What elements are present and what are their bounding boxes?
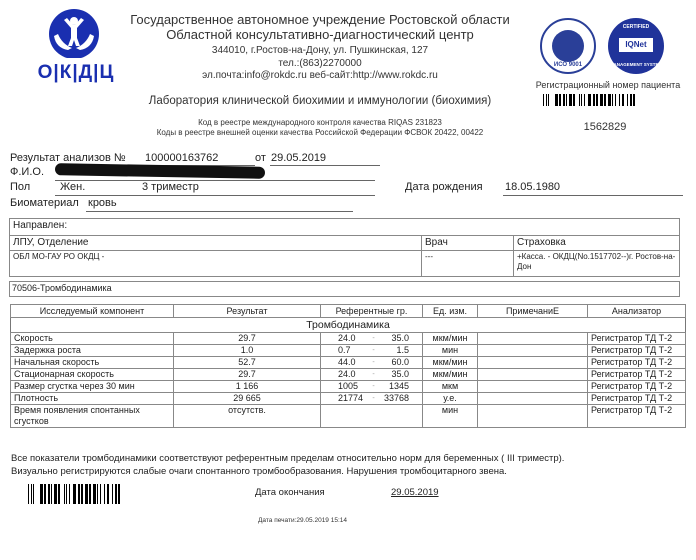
- result-analyzer: Регистратор ТД Т-2: [588, 369, 686, 381]
- end-date: 29.05.2019: [391, 487, 439, 498]
- referral-col-insurance: Страховка: [514, 236, 680, 251]
- result-reference: 24.0-35.0: [321, 369, 423, 381]
- reference-low: 1005: [338, 381, 358, 392]
- trimester-value: 3 триместр: [142, 181, 199, 193]
- result-unit: мкм/мин: [423, 369, 478, 381]
- result-value: 29.7: [174, 333, 321, 345]
- referral-col-doctor: Врач: [422, 236, 514, 251]
- result-note: [478, 345, 588, 357]
- result-value: 29 665: [174, 393, 321, 405]
- reference-high: 33768: [384, 393, 409, 404]
- fio-redacted: [55, 163, 265, 179]
- result-reference: 0.7-1.5: [321, 345, 423, 357]
- sex-label: Пол: [10, 181, 30, 193]
- result-row: Скорость29.724.0-35.0мкм/минРегистратор …: [11, 333, 686, 345]
- result-reference: [321, 405, 423, 428]
- reference-low: 21774: [338, 393, 363, 404]
- result-component: Плотность: [11, 393, 174, 405]
- riqas-code: Код в реестре международного контроля ка…: [130, 118, 510, 127]
- result-row: Время появления спонтанных сгустковотсут…: [11, 405, 686, 428]
- result-analyzer: Регистратор ТД Т-2: [588, 393, 686, 405]
- referral-insurance-value: +Касса. - ОКДЦ(No.1517702--)г. Ростов-на…: [514, 251, 680, 277]
- reference-high: 35.0: [391, 333, 409, 344]
- print-date: Дата печати:29.05.2019 15:14: [258, 517, 347, 524]
- result-note: [478, 393, 588, 405]
- fio-underline: [55, 180, 375, 181]
- fio-label: Ф.И.О.: [10, 166, 44, 178]
- result-number-label: Результат анализов №: [10, 152, 126, 164]
- result-row: Начальная скорость52.744.0-60.0мкм/минРе…: [11, 357, 686, 369]
- patient-reg-label: Регистрационный номер пациента: [520, 80, 696, 90]
- reference-low: 0.7: [338, 345, 351, 356]
- result-reference: 21774-33768: [321, 393, 423, 405]
- col-unit: Ед. изм.: [423, 305, 478, 318]
- group-title: Тромбодинамика: [11, 318, 686, 333]
- result-value: 52.7: [174, 357, 321, 369]
- result-component: Задержка роста: [11, 345, 174, 357]
- fsvok-codes: Коды в реестре внешней оценки качества Р…: [130, 128, 510, 137]
- col-result: Результат: [174, 305, 321, 318]
- biomaterial-label: Биоматериал: [10, 197, 79, 209]
- reference-separator: -: [372, 345, 374, 356]
- okdc-logo-text: О|К|Д|Ц: [30, 62, 122, 84]
- reference-high: 35.0: [391, 369, 409, 380]
- result-unit: мкм/мин: [423, 333, 478, 345]
- okdc-logo-icon: [38, 6, 110, 58]
- result-analyzer: Регистратор ТД Т-2: [588, 357, 686, 369]
- result-date-label: от: [255, 152, 266, 164]
- reference-separator: -: [372, 369, 374, 380]
- result-component: Размер сгустка через 30 мин: [11, 381, 174, 393]
- birth-date: 18.05.1980: [505, 181, 560, 193]
- result-reference: 44.0-60.0: [321, 357, 423, 369]
- iqnet-certified-seal-icon: CERTIFIED IQNet MANAGEMENT SYSTEM: [608, 18, 664, 74]
- results-header-row: Исследуемый компонент Результат Референт…: [11, 305, 686, 318]
- test-name: 70506-Тромбодинамика: [9, 281, 680, 297]
- org-name-line2: Областной консультативно-диагностический…: [130, 27, 510, 42]
- birth-date-underline: [503, 195, 683, 196]
- reference-separator: -: [372, 357, 374, 368]
- result-row: Стационарная скорость29.724.0-35.0мкм/ми…: [11, 369, 686, 381]
- result-note: [478, 405, 588, 428]
- referral-table: Направлен: ЛПУ, Отделение Врач Страховка…: [9, 218, 680, 277]
- reference-low: 24.0: [338, 369, 356, 380]
- org-phone: тел.:(863)2270000: [130, 58, 510, 69]
- group-row: Тромбодинамика: [11, 318, 686, 333]
- col-analyzer: Анализатор: [588, 305, 686, 318]
- end-date-label: Дата окончания: [255, 487, 325, 498]
- col-reference: Референтные гр.: [321, 305, 423, 318]
- birth-date-label: Дата рождения: [405, 181, 483, 193]
- result-unit: мкм/мин: [423, 357, 478, 369]
- result-note: [478, 369, 588, 381]
- reference-low: 44.0: [338, 357, 356, 368]
- result-unit: у.е.: [423, 393, 478, 405]
- col-note: ПримечаниЕ: [478, 305, 588, 318]
- result-analyzer: Регистратор ТД Т-2: [588, 333, 686, 345]
- order-barcode-icon: [28, 484, 124, 504]
- result-unit: мин: [423, 405, 478, 428]
- conclusion: Все показатели тромбодинамики соответств…: [11, 452, 564, 478]
- result-row: Задержка роста1.00.7-1.5минРегистратор Т…: [11, 345, 686, 357]
- results-table: Исследуемый компонент Результат Референт…: [10, 304, 686, 428]
- result-component: Скорость: [11, 333, 174, 345]
- referral-title: Направлен:: [10, 219, 680, 236]
- patient-barcode-icon: [543, 94, 637, 106]
- reference-separator: -: [372, 381, 374, 392]
- laboratory-name: Лаборатория клинической биохимии и иммун…: [130, 95, 510, 107]
- result-analyzer: Регистратор ТД Т-2: [588, 405, 686, 428]
- iso-9001-seal-icon: ИСО 9001: [540, 18, 596, 74]
- reference-separator: -: [372, 333, 374, 344]
- biomaterial-value: кровь: [88, 197, 117, 209]
- reference-high: 1345: [389, 381, 409, 392]
- reference-separator: -: [372, 393, 374, 404]
- referral-doctor-value: ---: [422, 251, 514, 277]
- result-analyzer: Регистратор ТД Т-2: [588, 381, 686, 393]
- result-analyzer: Регистратор ТД Т-2: [588, 345, 686, 357]
- result-date-underline: [270, 165, 380, 166]
- sex-value: Жен.: [60, 181, 85, 193]
- result-date: 29.05.2019: [271, 152, 326, 164]
- result-note: [478, 357, 588, 369]
- result-value: отсутств.: [174, 405, 321, 428]
- org-contacts: эл.почта:info@rokdc.ru веб-сайт:http://w…: [130, 70, 510, 81]
- result-reference: 1005-1345: [321, 381, 423, 393]
- reference-high: 1.5: [396, 345, 409, 356]
- result-number: 100000163762: [145, 152, 218, 164]
- result-component: Стационарная скорость: [11, 369, 174, 381]
- result-row: Плотность29 66521774-33768у.е.Регистрато…: [11, 393, 686, 405]
- conclusion-line2: Визуально регистрируются слабые очаги сп…: [11, 465, 564, 478]
- reference-high: 60.0: [391, 357, 409, 368]
- result-reference: 24.0-35.0: [321, 333, 423, 345]
- conclusion-line1: Все показатели тромбодинамики соответств…: [11, 452, 564, 465]
- sex-underline: [55, 195, 375, 196]
- result-component: Начальная скорость: [11, 357, 174, 369]
- result-component: Время появления спонтанных сгустков: [11, 405, 174, 428]
- result-value: 1.0: [174, 345, 321, 357]
- biomaterial-underline: [86, 211, 353, 212]
- result-note: [478, 333, 588, 345]
- result-unit: мкм: [423, 381, 478, 393]
- result-note: [478, 381, 588, 393]
- result-unit: мин: [423, 345, 478, 357]
- org-address: 344010, г.Ростов-на-Дону, ул. Пушкинская…: [130, 45, 510, 56]
- reference-low: 24.0: [338, 333, 356, 344]
- org-name-line1: Государственное автономное учреждение Ро…: [130, 12, 510, 27]
- patient-reg-number: 1562829: [540, 121, 670, 133]
- result-value: 1 166: [174, 381, 321, 393]
- referral-col-lpu: ЛПУ, Отделение: [10, 236, 422, 251]
- result-row: Размер сгустка через 30 мин1 1661005-134…: [11, 381, 686, 393]
- result-value: 29.7: [174, 369, 321, 381]
- referral-lpu-value: ОБЛ МО-ГАУ РО ОКДЦ -: [10, 251, 422, 277]
- col-component: Исследуемый компонент: [11, 305, 174, 318]
